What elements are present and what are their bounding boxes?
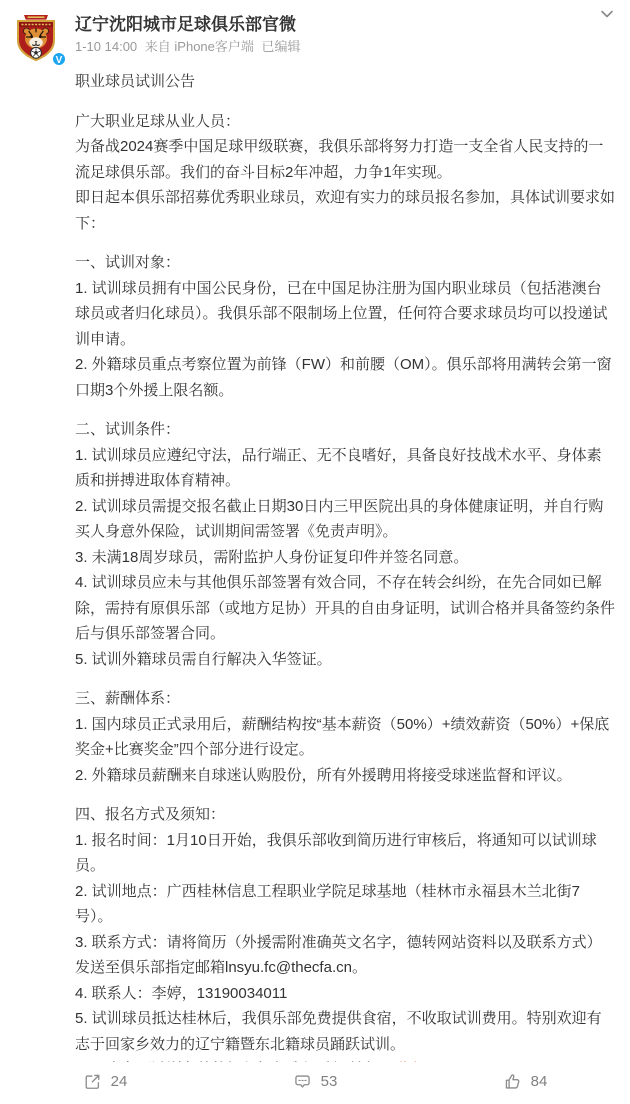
user-name[interactable]: 辽宁沈阳城市足球俱乐部官微 [75, 14, 296, 35]
post-section-heading: 四、报名方式及须知： [75, 802, 615, 828]
post-edited-label: 已编辑 [262, 39, 301, 54]
post-header: V 辽宁沈阳城市足球俱乐部官微 1-10 14:00 来自 iPhone客户端 … [0, 0, 630, 64]
post-paragraph: 5. 试训外籍球员需自行解决入华签证。 [75, 647, 615, 673]
like-button[interactable]: 84 [420, 1072, 630, 1091]
post-paragraph: 1. 试训球员应遵纪守法，品行端正、无不良嗜好，具备良好技战术水平、身体素质和拼… [75, 443, 615, 494]
post-paragraph: 1. 国内球员正式录用后，薪酬结构按“基本薪资（50%）+绩效薪资（50%）+保… [75, 712, 615, 763]
avatar[interactable]: V [10, 12, 62, 64]
post-paragraph: 2. 试训地点：广西桂林信息工程职业学院足球基地（桂林市永福县木兰北街7号）。 [75, 879, 615, 930]
post-title-line: 职业球员试训公告 [75, 69, 615, 95]
post-paragraph: 5. 试训球员抵达桂林后，我俱乐部免费提供食宿，不收取试训费用。特别欢迎有志于回… [75, 1006, 615, 1057]
post-paragraph: 3. 联系方式：请将简历（外援需附准确英文名字，德转网站资料以及联系方式）发送至… [75, 930, 615, 981]
post-action-bar: 24 53 84 [0, 1062, 630, 1104]
post-paragraph: 4. 试训球员应未与其他俱乐部签署有效合同，不存在转会纠纷，在先合同如已解除，需… [75, 570, 615, 647]
repost-icon [83, 1072, 102, 1091]
like-count: 84 [531, 1073, 548, 1090]
post-source[interactable]: 来自 iPhone客户端 [145, 39, 254, 54]
post-paragraph: 1. 报名时间：1月10日开始，我俱乐部收到简历进行审核后，将通知可以试训球员。 [75, 828, 615, 879]
post-paragraph: 为备战2024赛季中国足球甲级联赛，我俱乐部将努力打造一支全省人民支持的一流足球… [75, 134, 615, 185]
post-paragraph: 2. 外籍球员重点考察位置为前锋（FW）和前腰（OM）。俱乐部将用满转会第一窗口… [75, 352, 615, 403]
post-section-heading: 三、薪酬体系： [75, 686, 615, 712]
comment-button[interactable]: 53 [210, 1072, 420, 1091]
post-paragraph: 4. 联系人：李婷，13190034011 [75, 981, 615, 1007]
post-paragraph: 即日起本俱乐部招募优秀职业球员，欢迎有实力的球员报名参加，具体试训要求如下： [75, 185, 615, 236]
post-section-heading: 一、试训对象： [75, 250, 615, 276]
post-paragraph: 1. 试训球员拥有中国公民身份，已在中国足协注册为国内职业球员（包括港澳台球员或… [75, 276, 615, 353]
comment-icon [293, 1072, 312, 1091]
header-text: 辽宁沈阳城市足球俱乐部官微 1-10 14:00 来自 iPhone客户端 已编… [75, 12, 614, 55]
post-paragraph: 广大职业足球从业人员： [75, 109, 615, 135]
comment-count: 53 [321, 1073, 338, 1090]
repost-count: 24 [111, 1073, 128, 1090]
post-meta: 1-10 14:00 来自 iPhone客户端 已编辑 [75, 39, 614, 55]
post-text: 职业球员试训公告 广大职业足球从业人员： 为备战2024赛季中国足球甲级联赛，我… [75, 69, 615, 1062]
post-timestamp[interactable]: 1-10 14:00 [75, 39, 137, 54]
repost-button[interactable]: 24 [0, 1072, 210, 1091]
verified-badge-icon: V [51, 51, 67, 67]
post-paragraph: 3. 未满18周岁球员，需附监护人身份证复印件并签名同意。 [75, 545, 615, 571]
post-section-heading: 二、试训条件： [75, 417, 615, 443]
post-paragraph: 2. 试训球员需提交报名截止日期30日内三甲医院出具的身体健康证明，并自行购买人… [75, 494, 615, 545]
chevron-down-icon[interactable] [598, 5, 616, 23]
weibo-post-card: V 辽宁沈阳城市足球俱乐部官微 1-10 14:00 来自 iPhone客户端 … [0, 0, 630, 1104]
thumbs-up-icon [503, 1072, 522, 1091]
post-paragraph: 2. 外籍球员薪酬来自球迷认购股份，所有外援聘用将接受球迷监督和评议。 [75, 763, 615, 789]
